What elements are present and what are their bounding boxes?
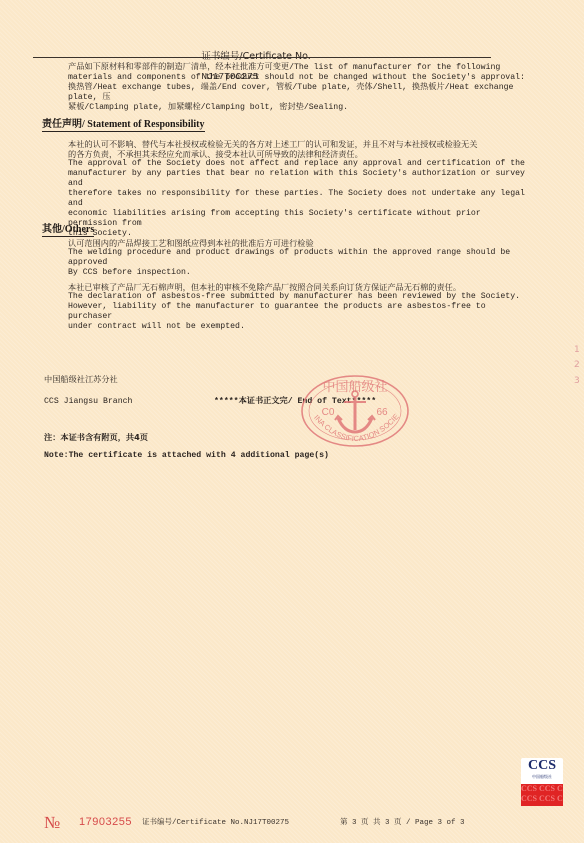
serial-no-symbol: № — [44, 813, 60, 833]
responsibility-en-line: The approval of the Society does not aff… — [68, 159, 528, 169]
ccs-logo-text: CCS — [521, 758, 563, 774]
note-cn: 注：本证书含有附页，共4页 — [44, 432, 148, 442]
others-section-title-wrap: 其他/Others — [42, 219, 94, 237]
svg-text:C0: C0 — [322, 407, 335, 418]
intro-line: 产品如下原材料和零部件的制造厂清单，经本社批准方可变更/The list of … — [68, 63, 528, 73]
others-en-line: The welding procedure and product drawin… — [68, 248, 528, 268]
intro-line: 紧板/Clamping plate, 加紧螺栓/Clamping bolt, 密… — [68, 103, 528, 113]
asbestos-cn-line: 本社已审核了产品厂无石棉声明，但本社的审核不免除产品厂按照合同关系向订货方保证产… — [68, 282, 528, 292]
anchor-seal-icon: 中国船级社 C0 66 CHINA CLASSIFICATION SOCIETY — [300, 374, 410, 448]
header-rule — [33, 57, 491, 58]
responsibility-en-line: economic liabilities arising from accept… — [68, 209, 528, 229]
responsibility-cn-line: 本社的认可不影响、替代与本社授权或检验无关的各方对上述工厂的认可和发证，并且不对… — [68, 139, 528, 149]
asbestos-en-line: However, liability of the manufacturer t… — [68, 302, 528, 322]
manufacturer-list-paragraph: 产品如下原材料和零部件的制造厂清单，经本社批准方可变更/The list of … — [68, 63, 528, 113]
responsibility-cn-line: 的各方负责，不承担其未经应允而承认、接受本社认可所导致的法律和经济责任。 — [68, 149, 528, 159]
edge-mark: 2 — [574, 360, 580, 370]
asbestos-paragraph: 本社已审核了产品厂无石棉声明，但本社的审核不免除产品厂按照合同关系向订货方保证产… — [68, 282, 528, 332]
ccs-seal-stamp: 中国船级社 C0 66 CHINA CLASSIFICATION SOCIETY — [300, 374, 410, 448]
responsibility-en-line: manufacturer by any parties that bear no… — [68, 169, 528, 189]
others-title: 其他/Others — [42, 224, 94, 237]
others-en-line: By CCS before inspection. — [68, 268, 528, 278]
svg-text:66: 66 — [376, 407, 388, 418]
footer-certificate-number: 证书编号/Certificate No.NJ17T00275 — [142, 818, 289, 828]
ccs-logo-band: CCS CCS CCS CCS CCS CCS — [521, 784, 563, 806]
ccs-logo-subtitle: 中国船级社 — [521, 774, 563, 780]
edge-mark: 1 — [574, 345, 580, 355]
others-paragraph: 认可范围内的产品焊接工艺和图纸应得到本社的批准后方可进行检验 The weldi… — [68, 238, 528, 278]
edge-mark: 3 — [574, 376, 580, 386]
asbestos-en-line: The declaration of asbestos-free submitt… — [68, 292, 528, 302]
responsibility-title: 责任声明/ Statement of Responsibility — [42, 119, 205, 132]
asbestos-en-line: under contract will not be exempted. — [68, 322, 528, 332]
svg-text:中国船级社: 中国船级社 — [322, 379, 387, 395]
responsibility-paragraph: 本社的认可不影响、替代与本社授权或检验无关的各方对上述工厂的认可和发证，并且不对… — [68, 139, 528, 239]
branch-name-cn: 中国船级社江苏分社 — [44, 374, 118, 384]
serial-number: 17903255 — [79, 816, 132, 828]
ccs-logo: CCS 中国船级社 CCS CCS CCS CCS CCS CCS — [521, 758, 563, 808]
intro-line: materials and components of the product … — [68, 73, 528, 83]
branch-name-en: CCS Jiangsu Branch — [44, 397, 132, 407]
responsibility-section-title-wrap: 责任声明/ Statement of Responsibility — [42, 114, 205, 132]
others-cn-line: 认可范围内的产品焊接工艺和图纸应得到本社的批准后方可进行检验 — [68, 238, 528, 248]
intro-line: 换热管/Heat exchange tubes, 端盖/End cover, 管… — [68, 83, 528, 103]
note-en: Note:The certificate is attached with 4 … — [44, 451, 329, 461]
ccs-logo-top: CCS 中国船级社 — [521, 758, 563, 784]
page-indicator: 第 3 页 共 3 页 / Page 3 of 3 — [340, 818, 465, 828]
responsibility-en-line: therefore takes no responsibility for th… — [68, 189, 528, 209]
